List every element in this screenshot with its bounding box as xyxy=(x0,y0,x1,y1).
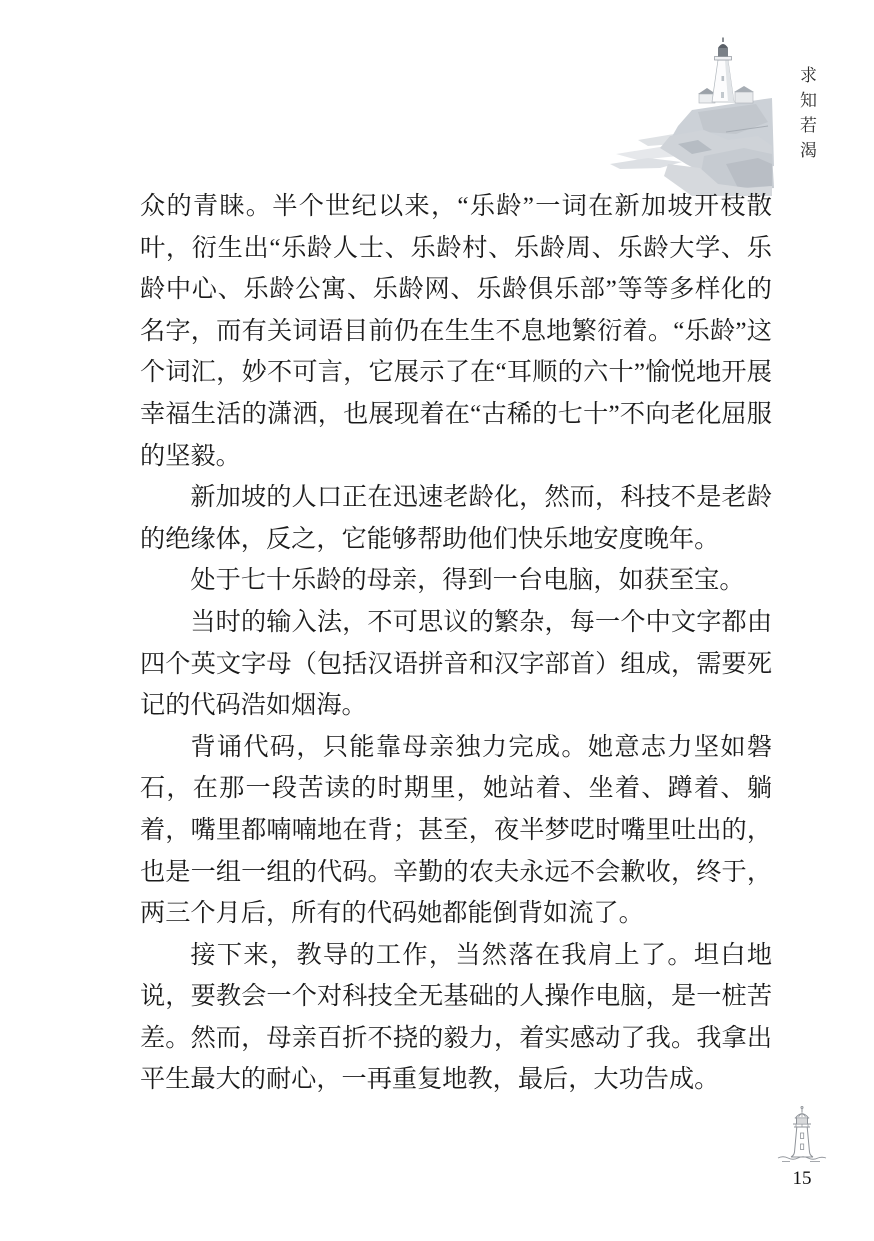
book-page: 求知若渴 众的青睐。半个世纪以来，“乐龄”一词在新加坡开枝散叶，衍生出“乐龄人士… xyxy=(0,0,874,1241)
page-footer: 15 xyxy=(774,1104,830,1190)
paragraph-3: 处于七十乐龄的母亲，得到一台电脑，如获至宝。 xyxy=(140,560,772,602)
paragraph-2: 新加坡的人口正在迅速老龄化，然而，科技不是老龄的绝缘体，反之，它能够帮助他们快乐… xyxy=(140,477,772,560)
lighthouse-photo-icon xyxy=(608,36,776,200)
paragraph-1: 众的青睐。半个世纪以来，“乐龄”一词在新加坡开枝散叶，衍生出“乐龄人士、乐龄村、… xyxy=(140,186,772,477)
paragraph-4: 当时的输入法，不可思议的繁杂，每一个中文字都由四个英文字母（包括汉语拼音和汉字部… xyxy=(140,602,772,727)
paragraph-6: 接下来，教导的工作，当然落在我肩上了。坦白地说，要教会一个对科技全无基础的人操作… xyxy=(140,935,772,1101)
header-vertical-title: 求知若渴 xyxy=(794,66,819,166)
lighthouse-icon xyxy=(774,1104,830,1166)
header-lighthouse-illustration xyxy=(608,36,776,200)
page-number: 15 xyxy=(774,1168,830,1190)
body-text: 众的青睐。半个世纪以来，“乐龄”一词在新加坡开枝散叶，衍生出“乐龄人士、乐龄村、… xyxy=(140,186,772,1101)
paragraph-5: 背诵代码，只能靠母亲独力完成。她意志力坚如磐石，在那一段苦读的时期里，她站着、坐… xyxy=(140,727,772,935)
